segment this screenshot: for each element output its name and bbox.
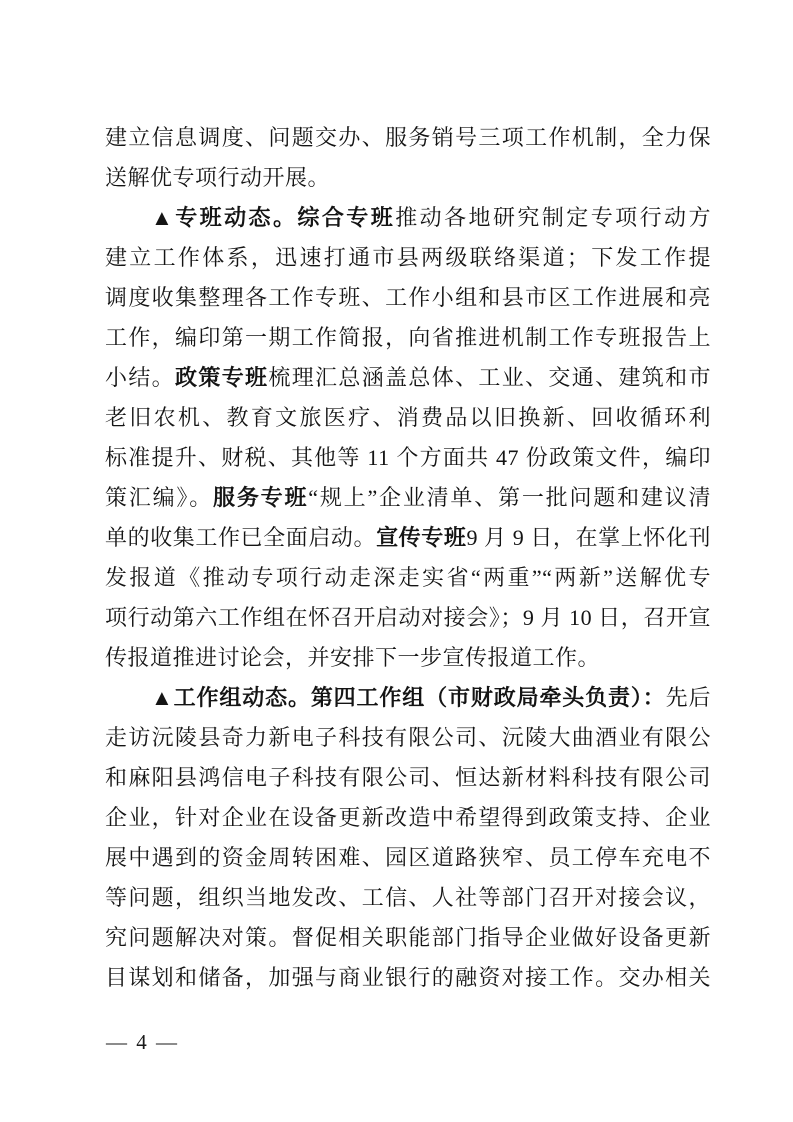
text-segment: 9 月 9 日，在掌上怀化刊 xyxy=(466,525,711,550)
text-segment: 老旧农机、教育文旅医疗、消费品以旧换新、回收循环利用、 xyxy=(105,405,711,438)
text-line: 标准提升、财税、其他等 11 个方面共 47 份政策文件，编印《政 xyxy=(105,438,711,478)
text-line: 单的收集工作已全面启动。宣传专班9 月 9 日，在掌上怀化刊 xyxy=(105,518,711,558)
text-segment: 送解优专项行动开展。 xyxy=(105,165,330,190)
bold-text-segment: 宣传专班 xyxy=(376,525,466,550)
bold-text-segment: 服务专班 xyxy=(213,485,308,510)
text-line: 企业，针对企业在设备更新改造中希望得到政策支持、企业发 xyxy=(105,798,711,838)
document-page: 建立信息调度、问题交办、服务销号三项工作机制，全力保障送解优专项行动开展。▲专班… xyxy=(0,0,793,1122)
text-segment: 先后 xyxy=(666,685,711,710)
text-line: 老旧农机、教育文旅医疗、消费品以旧换新、回收循环利用、 xyxy=(105,398,711,438)
text-segment: 和麻阳县鸿信电子科技有限公司、恒达新材料科技有限公司等 xyxy=(105,765,711,798)
text-segment: 究问题解决对策。督促相关职能部门指导企业做好设备更新项 xyxy=(105,925,711,958)
text-line: 展中遇到的资金周转困难、园区道路狭窄、员工停车充电不便 xyxy=(105,838,711,878)
text-line: 工作，编印第一期工作简报，向省推进机制工作专班报告上旬 xyxy=(105,318,711,358)
text-segment: 单的收集工作已全面启动。 xyxy=(105,525,376,550)
text-segment: 走访沅陵县奇力新电子科技有限公司、沅陵大曲酒业有限公司 xyxy=(105,725,711,758)
bold-text-segment: 政策专班 xyxy=(175,365,268,390)
bold-text-segment: ▲专班动态。综合专班 xyxy=(151,205,395,230)
text-segment: 项行动第六工作组在怀召开启动对接会》；9 月 10 日，召开宣 xyxy=(105,605,711,630)
text-segment: 传报道推进讨论会，并安排下一步宣传报道工作。 xyxy=(105,645,600,670)
text-segment: 小结。 xyxy=(105,365,175,390)
text-line: 发报道《推动专项行动走深走实省“两重”“两新”送解优专 xyxy=(105,558,711,598)
text-line: 建立工作体系，迅速打通市县两级联络渠道；下发工作提示， xyxy=(105,238,711,278)
text-segment: 展中遇到的资金周转困难、园区道路狭窄、员工停车充电不便 xyxy=(105,845,711,878)
text-line: 传报道推进讨论会，并安排下一步宣传报道工作。 xyxy=(105,638,711,678)
text-line: ▲工作组动态。第四工作组（市财政局牵头负责）：先后 xyxy=(105,678,711,718)
text-segment: 企业，针对企业在设备更新改造中希望得到政策支持、企业发 xyxy=(105,805,711,838)
text-segment: “规上”企业清单、第一批问题和建议清 xyxy=(308,485,711,510)
text-segment: 调度收集整理各工作专班、工作小组和县市区工作进展和亮点 xyxy=(105,285,711,318)
bold-text-segment: ▲工作组动态。第四工作组（市财政局牵头负责）： xyxy=(151,685,666,710)
text-segment: 等问题，组织当地发改、工信、人社等部门召开对接会议，研 xyxy=(105,885,711,918)
text-segment: 目谋划和储备，加强与商业银行的融资对接工作。交办相关部 xyxy=(105,965,711,998)
document-body: 建立信息调度、问题交办、服务销号三项工作机制，全力保障送解优专项行动开展。▲专班… xyxy=(105,118,711,998)
text-segment: 发报道《推动专项行动走深走实省“两重”“两新”送解优专 xyxy=(105,565,711,590)
text-line: 走访沅陵县奇力新电子科技有限公司、沅陵大曲酒业有限公司 xyxy=(105,718,711,758)
text-line: 建立信息调度、问题交办、服务销号三项工作机制，全力保障 xyxy=(105,118,711,158)
text-line: 项行动第六工作组在怀召开启动对接会》；9 月 10 日，召开宣 xyxy=(105,598,711,638)
text-segment: 建立信息调度、问题交办、服务销号三项工作机制，全力保障 xyxy=(105,125,711,158)
text-line: ▲专班动态。综合专班推动各地研究制定专项行动方案、 xyxy=(105,198,711,238)
text-line: 目谋划和储备，加强与商业银行的融资对接工作。交办相关部 xyxy=(105,958,711,998)
text-line: 调度收集整理各工作专班、工作小组和县市区工作进展和亮点 xyxy=(105,278,711,318)
text-line: 等问题，组织当地发改、工信、人社等部门召开对接会议，研 xyxy=(105,878,711,918)
text-line: 小结。政策专班梳理汇总涵盖总体、工业、交通、建筑和市政、 xyxy=(105,358,711,398)
text-segment: 工作，编印第一期工作简报，向省推进机制工作专班报告上旬 xyxy=(105,325,711,358)
text-line: 送解优专项行动开展。 xyxy=(105,158,711,198)
text-segment: 建立工作体系，迅速打通市县两级联络渠道；下发工作提示， xyxy=(105,245,711,278)
page-number: — 4 — xyxy=(106,1030,179,1055)
text-segment: 标准提升、财税、其他等 11 个方面共 47 份政策文件，编印《政 xyxy=(105,445,711,478)
text-line: 究问题解决对策。督促相关职能部门指导企业做好设备更新项 xyxy=(105,918,711,958)
text-line: 和麻阳县鸿信电子科技有限公司、恒达新材料科技有限公司等 xyxy=(105,758,711,798)
text-segment: 策汇编》。 xyxy=(105,485,213,510)
text-line: 策汇编》。服务专班“规上”企业清单、第一批问题和建议清 xyxy=(105,478,711,518)
